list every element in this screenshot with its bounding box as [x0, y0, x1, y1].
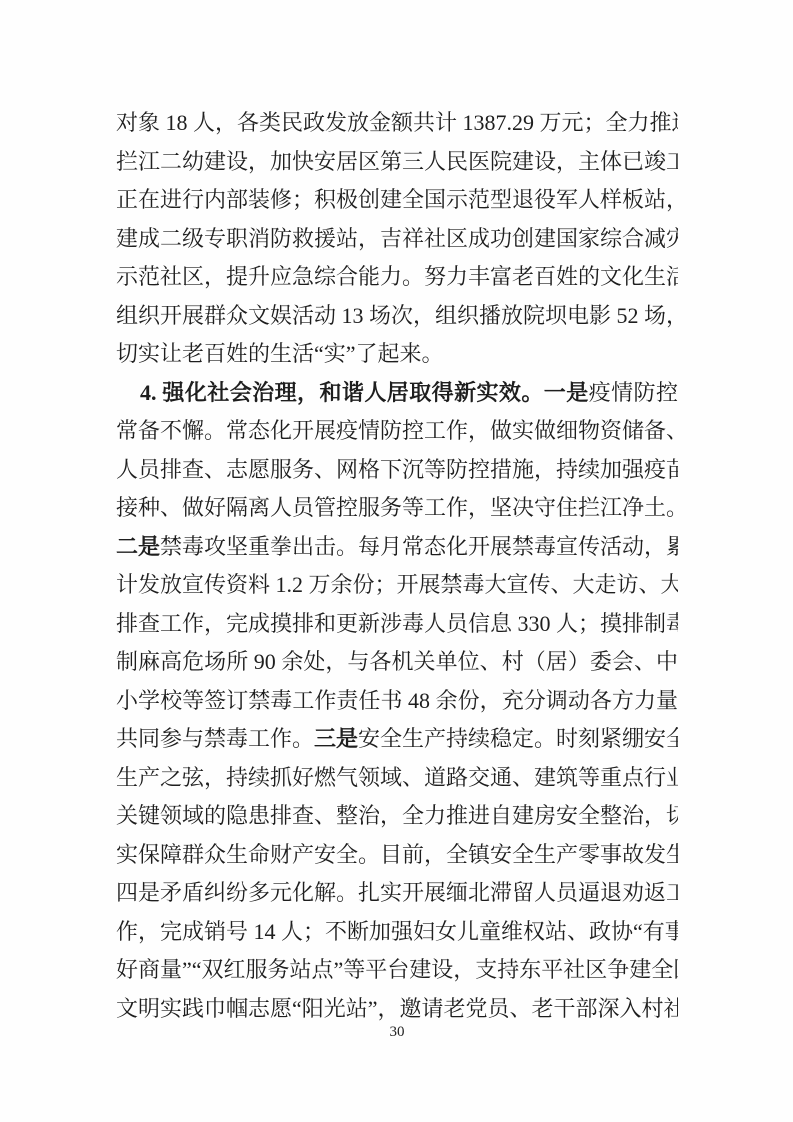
- text-line: 切实让老百姓的生活“实”了起来。: [116, 335, 678, 374]
- text-segment: 共同参与禁毒工作。: [116, 726, 314, 751]
- text-segment: 生产之弦，持续抓好燃气领域、道路交通、建筑等重点行业、: [116, 765, 678, 790]
- text-line: 二是禁毒攻坚重拳出击。每月常态化开展禁毒宣传活动，累: [116, 528, 678, 567]
- page-number: 30: [116, 1024, 678, 1041]
- text-segment: 接种、做好隔离人员管控服务等工作，坚决守住拦江净土。: [116, 495, 678, 520]
- text-line: 4. 强化社会治理，和谐人居取得新实效。一是疫情防控: [116, 374, 678, 413]
- text-segment: 计发放宣传资料 1.2 万余份；开展禁毒大宣传、大走访、大: [116, 572, 678, 597]
- text-block: 对象 18 人，各类民政发放金额共计 1387.29 万元；全力推进拦江二幼建设…: [116, 104, 678, 1028]
- text-segment: 作，完成销号 14 人；不断加强妇女儿童维权站、政协“有事: [116, 919, 678, 944]
- text-segment: 常备不懈。常态化开展疫情防控工作，做实做细物资储备、: [116, 418, 678, 443]
- text-line: 文明实践巾帼志愿“阳光站”，邀请老党员、老干部深入村社: [116, 990, 678, 1029]
- text-line: 制麻高危场所 90 余处，与各机关单位、村（居）委会、中: [116, 643, 678, 682]
- text-segment: 四是矛盾纠纷多元化解。扎实开展缅北滞留人员逼退劝返工: [116, 880, 678, 905]
- text-line: 计发放宣传资料 1.2 万余份；开展禁毒大宣传、大走访、大: [116, 566, 678, 605]
- text-line: 关键领域的隐患排查、整治，全力推进自建房安全整治，切: [116, 797, 678, 836]
- text-segment: 关键领域的隐患排查、整治，全力推进自建房安全整治，切: [116, 803, 678, 828]
- text-segment: 小学校等签订禁毒工作责任书 48 余份，充分调动各方力量: [116, 688, 678, 713]
- text-segment: 人员排查、志愿服务、网格下沉等防控措施，持续加强疫苗: [116, 457, 678, 482]
- text-line: 好商量”“双红服务站点”等平台建设，支持东平社区争建全国: [116, 951, 678, 990]
- text-line: 作，完成销号 14 人；不断加强妇女儿童维权站、政协“有事: [116, 913, 678, 952]
- text-line: 常备不懈。常态化开展疫情防控工作，做实做细物资储备、: [116, 412, 678, 451]
- text-segment: 拦江二幼建设，加快安居区第三人民医院建设，主体已竣工，: [116, 149, 678, 174]
- text-segment: 建成二级专职消防救援站，吉祥社区成功创建国家综合减灾: [116, 226, 678, 251]
- text-segment: 示范社区，提升应急综合能力。努力丰富老百姓的文化生活，: [116, 264, 678, 289]
- text-segment: 正在进行内部装修；积极创建全国示范型退役军人样板站，: [116, 187, 678, 212]
- text-segment: 对象 18 人，各类民政发放金额共计 1387.29 万元；全力推进: [116, 110, 678, 135]
- text-line: 拦江二幼建设，加快安居区第三人民医院建设，主体已竣工，: [116, 143, 678, 182]
- text-line: 四是矛盾纠纷多元化解。扎实开展缅北滞留人员逼退劝返工: [116, 874, 678, 913]
- text-line: 共同参与禁毒工作。三是安全生产持续稳定。时刻紧绷安全: [116, 720, 678, 759]
- bold-text-segment: 4. 强化社会治理，和谐人居取得新实效。一是: [140, 380, 589, 405]
- text-segment: 组织开展群众文娱活动 13 场次，组织播放院坝电影 52 场，: [116, 303, 678, 328]
- text-line: 建成二级专职消防救援站，吉祥社区成功创建国家综合减灾: [116, 220, 678, 259]
- text-line: 实保障群众生命财产安全。目前，全镇安全生产零事故发生。: [116, 836, 678, 875]
- text-line: 示范社区，提升应急综合能力。努力丰富老百姓的文化生活，: [116, 258, 678, 297]
- text-line: 排查工作，完成摸排和更新涉毒人员信息 330 人；摸排制毒: [116, 605, 678, 644]
- bold-text-segment: 二是: [116, 534, 160, 559]
- text-segment: 疫情防控: [589, 380, 678, 405]
- text-line: 正在进行内部装修；积极创建全国示范型退役军人样板站，: [116, 181, 678, 220]
- text-segment: 好商量”“双红服务站点”等平台建设，支持东平社区争建全国: [116, 957, 678, 982]
- bold-text-segment: 三是: [314, 726, 358, 751]
- text-segment: 禁毒攻坚重拳出击。每月常态化开展禁毒宣传活动，累: [160, 534, 678, 559]
- text-line: 生产之弦，持续抓好燃气领域、道路交通、建筑等重点行业、: [116, 759, 678, 798]
- text-line: 接种、做好隔离人员管控服务等工作，坚决守住拦江净土。: [116, 489, 678, 528]
- text-line: 小学校等签订禁毒工作责任书 48 余份，充分调动各方力量: [116, 682, 678, 721]
- text-segment: 实保障群众生命财产安全。目前，全镇安全生产零事故发生。: [116, 842, 678, 867]
- text-line: 对象 18 人，各类民政发放金额共计 1387.29 万元；全力推进: [116, 104, 678, 143]
- text-segment: 文明实践巾帼志愿“阳光站”，邀请老党员、老干部深入村社: [116, 996, 678, 1021]
- text-segment: 切实让老百姓的生活“实”了起来。: [116, 341, 444, 366]
- text-segment: 制麻高危场所 90 余处，与各机关单位、村（居）委会、中: [116, 649, 678, 674]
- document-page: 对象 18 人，各类民政发放金额共计 1387.29 万元；全力推进拦江二幼建设…: [0, 0, 793, 1122]
- text-line: 人员排查、志愿服务、网格下沉等防控措施，持续加强疫苗: [116, 451, 678, 490]
- text-segment: 排查工作，完成摸排和更新涉毒人员信息 330 人；摸排制毒: [116, 611, 678, 636]
- text-segment: 安全生产持续稳定。时刻紧绷安全: [358, 726, 678, 751]
- text-line: 组织开展群众文娱活动 13 场次，组织播放院坝电影 52 场，: [116, 297, 678, 336]
